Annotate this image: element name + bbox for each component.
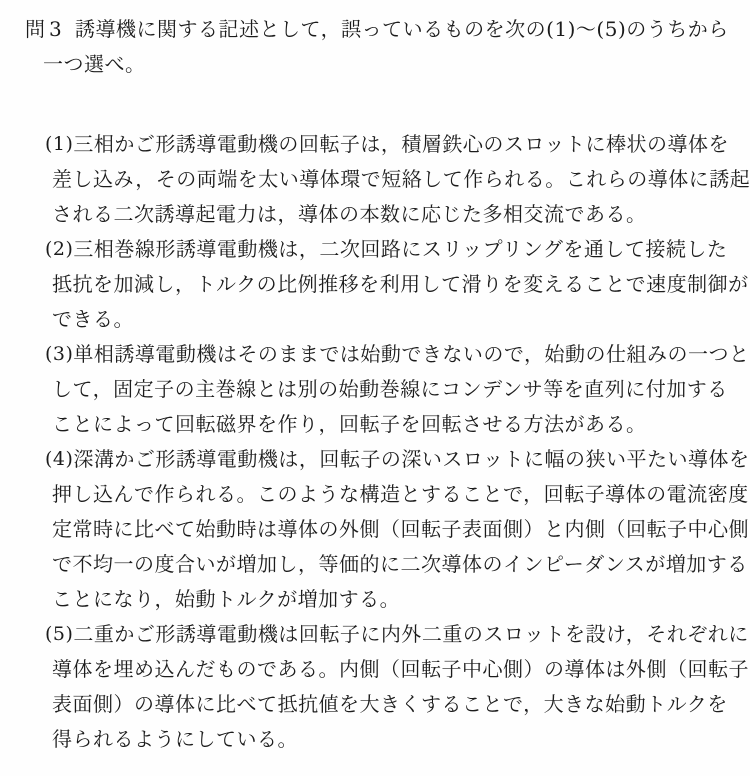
option-text: 三相かご形誘導電動機の回転子は，積層鉄心のスロットに棒状の導体を (73, 127, 750, 162)
option-item-3: (3) 単相誘導電動機はそのままでは始動できないので，始動の仕組みの一つと して… (0, 337, 750, 442)
option-marker: (1) (45, 127, 73, 162)
option-text: 深溝かご形誘導電動機は，回転子の深いスロットに幅の狭い平たい導体を (73, 442, 750, 477)
option-marker: (4) (45, 442, 73, 477)
option-item-4: (4) 深溝かご形誘導電動機は，回転子の深いスロットに幅の狭い平たい導体を 押し… (0, 442, 750, 617)
option-text: 二重かご形誘導電動機は回転子に内外二重のスロットを設け，それぞれに (73, 617, 750, 652)
option-text: して，固定子の主巻線とは別の始動巻線にコンデンサ等を直列に付加する (0, 372, 750, 407)
options-list: (1) 三相かご形誘導電動機の回転子は，積層鉄心のスロットに棒状の導体を 差し込… (0, 127, 750, 757)
option-line: (5) 二重かご形誘導電動機は回転子に内外二重のスロットを設け，それぞれに (0, 617, 750, 652)
option-text: 抵抗を加減し，トルクの比例推移を利用して滑りを変えることで速度制御が (0, 267, 750, 302)
option-item-5: (5) 二重かご形誘導電動機は回転子に内外二重のスロットを設け，それぞれに 導体… (0, 617, 750, 757)
option-marker: (2) (45, 232, 73, 267)
option-item-1: (1) 三相かご形誘導電動機の回転子は，積層鉄心のスロットに棒状の導体を 差し込… (0, 127, 750, 232)
option-line: (1) 三相かご形誘導電動機の回転子は，積層鉄心のスロットに棒状の導体を (0, 127, 750, 162)
option-text: 表面側）の導体に比べて抵抗値を大きくすることで，大きな始動トルクを (0, 687, 750, 722)
option-line: (4) 深溝かご形誘導電動機は，回転子の深いスロットに幅の狭い平たい導体を (0, 442, 750, 477)
option-line: (2) 三相巻線形誘導電動機は，二次回路にスリップリングを通して接続した (0, 232, 750, 267)
question-paragraph: 問3 誘導機に関する記述として，誤っているものを次の(1)～(5)のうちから 一… (0, 12, 750, 82)
option-line: (3) 単相誘導電動機はそのままでは始動できないので，始動の仕組みの一つと (0, 337, 750, 372)
option-text: 定常時に比べて始動時は導体の外側（回転子表面側）と内側（回転子中心側） (0, 512, 750, 547)
option-text: できる。 (0, 302, 750, 337)
question-text: 誘導機に関する記述として，誤っているものを次の(1)～(5)のうちから (75, 12, 750, 47)
option-marker: (3) (45, 337, 73, 372)
option-text: 単相誘導電動機はそのままでは始動できないので，始動の仕組みの一つと (73, 337, 750, 372)
option-text: 導体を埋め込んだものである。内側（回転子中心側）の導体は外側（回転子 (0, 652, 750, 687)
option-text: 得られるようにしている。 (0, 722, 750, 757)
question-text: 一つ選べ。 (0, 47, 750, 82)
option-text: される二次誘導起電力は，導体の本数に応じた多相交流である。 (0, 197, 750, 232)
option-text: で不均一の度合いが増加し，等価的に二次導体のインピーダンスが増加する (0, 547, 750, 582)
option-text: 三相巻線形誘導電動機は，二次回路にスリップリングを通して接続した (73, 232, 750, 267)
option-text: 押し込んで作られる。このような構造とすることで，回転子導体の電流密度は (0, 477, 750, 512)
option-item-2: (2) 三相巻線形誘導電動機は，二次回路にスリップリングを通して接続した 抵抗を… (0, 232, 750, 337)
option-text: ことになり，始動トルクが増加する。 (0, 582, 750, 617)
option-text: ことによって回転磁界を作り，回転子を回転させる方法がある。 (0, 407, 750, 442)
question-line: 問3 誘導機に関する記述として，誤っているものを次の(1)～(5)のうちから (0, 12, 750, 47)
option-marker: (5) (45, 617, 73, 652)
exam-page: 問3 誘導機に関する記述として，誤っているものを次の(1)～(5)のうちから 一… (0, 0, 750, 776)
option-text: 差し込み，その両端を太い導体環で短絡して作られる。これらの導体に誘起 (0, 162, 750, 197)
question-number: 問3 (25, 12, 75, 47)
